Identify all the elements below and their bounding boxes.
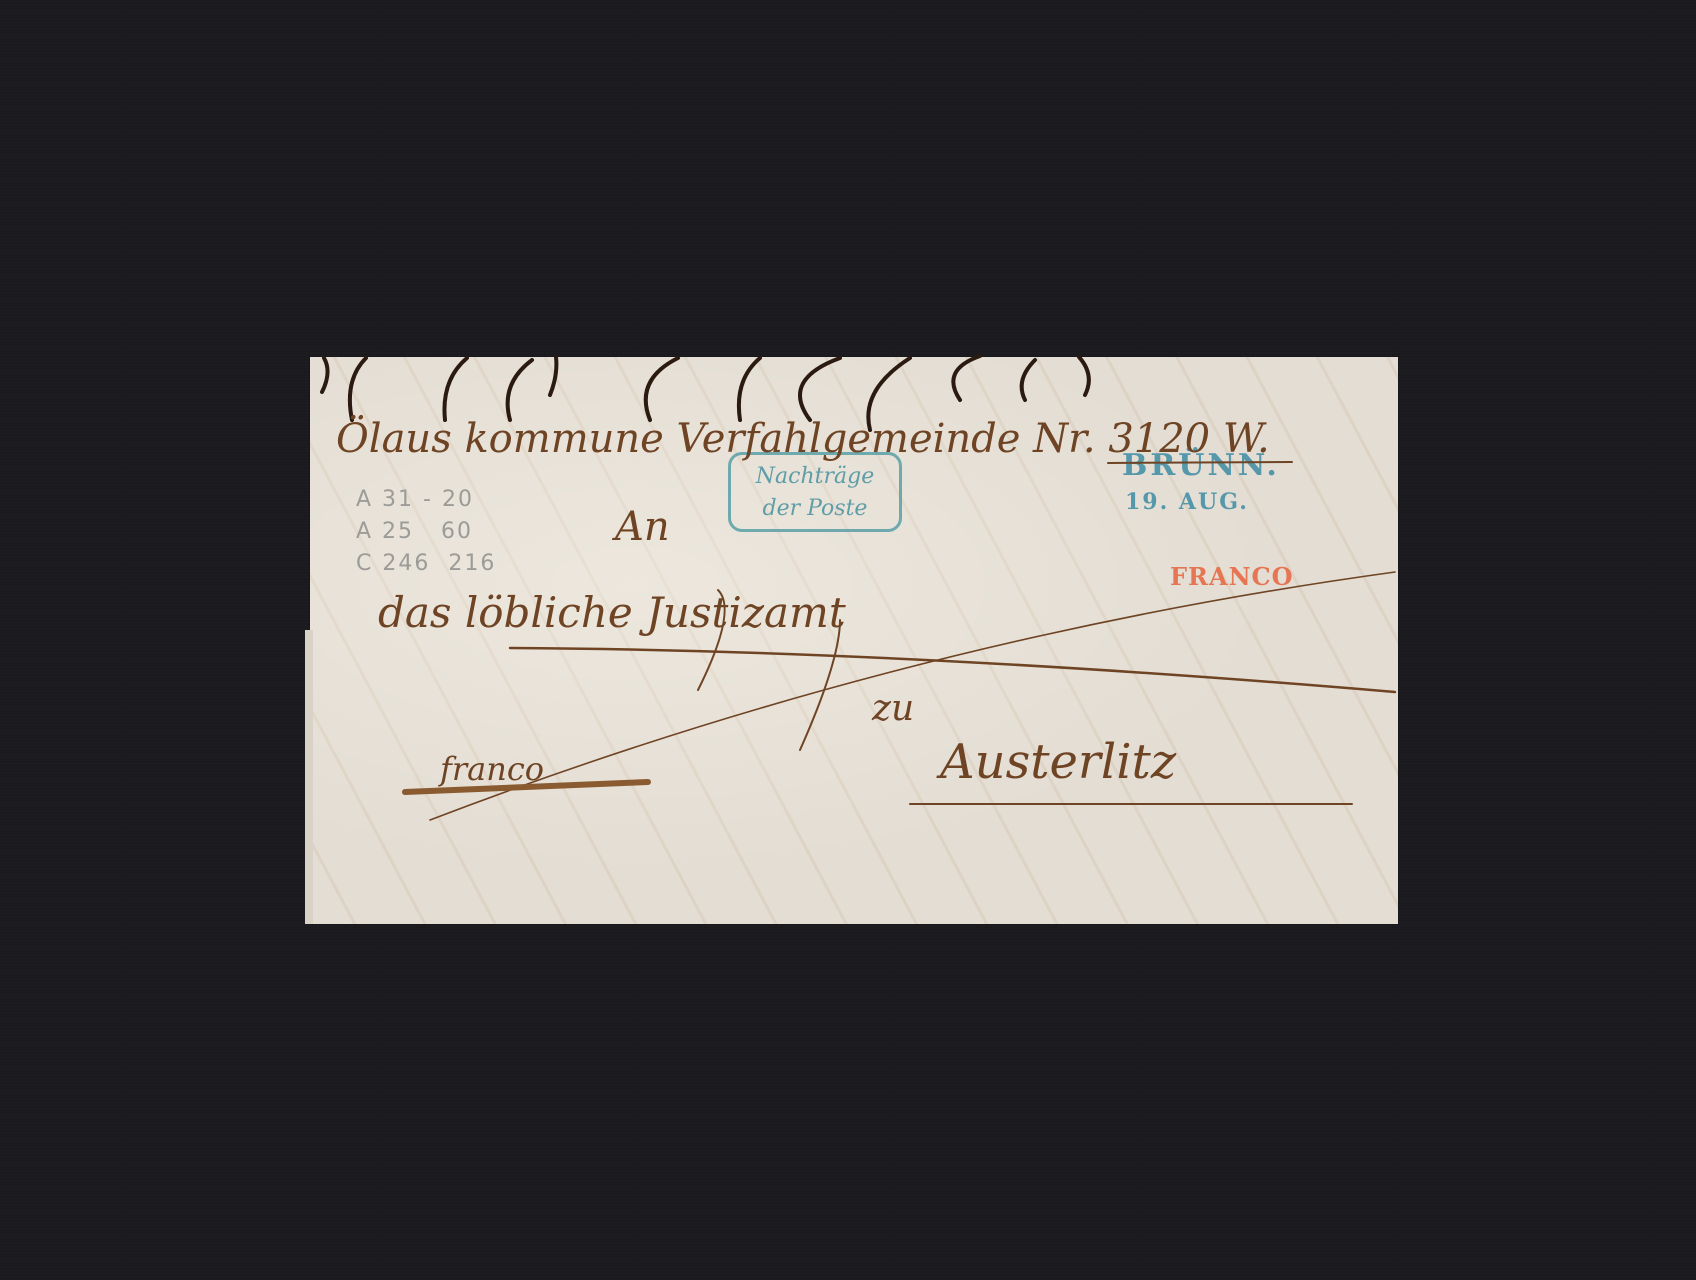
handwriting-layer: Ölaus kommune Verfahlgemeinde Nr. 3120 W… bbox=[0, 0, 1696, 1280]
manuscript-franco-note: franco bbox=[438, 750, 544, 788]
manuscript-salutation: An bbox=[611, 504, 670, 550]
manuscript-line1: Ölaus kommune Verfahlgemeinde Nr. 3120 W… bbox=[336, 415, 1270, 462]
manuscript-destination: Austerlitz bbox=[936, 734, 1177, 790]
manuscript-preposition: zu bbox=[871, 688, 914, 729]
recipient-underline bbox=[510, 648, 1395, 692]
pen-strokes bbox=[405, 462, 1395, 820]
city-strikethrough bbox=[1108, 462, 1292, 463]
manuscript-text: Ölaus kommune Verfahlgemeinde Nr. 3120 W… bbox=[336, 415, 1270, 790]
manuscript-recipient: das löbliche Justizamt bbox=[378, 588, 846, 637]
